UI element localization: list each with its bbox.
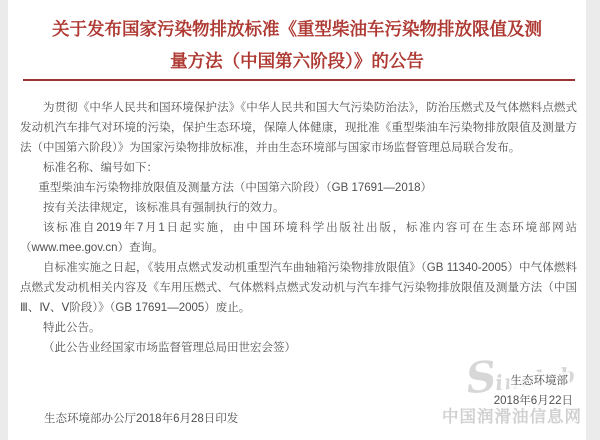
title-divider <box>23 79 575 81</box>
paragraph: 为贯彻《中华人民共和国环境保护法》《中华人民共和国大气污染防治法》，防治压燃式及… <box>20 98 577 158</box>
paragraph: 重型柴油车污染物排放限值及测量方法（中国第六阶段）（GB 17691—2018） <box>20 178 577 198</box>
paragraph: 特此公告。 <box>20 318 577 338</box>
issue-note: 生态环境部办公厅2018年6月28日印发 <box>44 410 238 426</box>
signature-date: 2018年6月22日 <box>492 392 575 408</box>
paragraph: 按有关法律规定，该标准具有强制执行的效力。 <box>20 198 577 218</box>
document-page: 关于发布国家污染物排放标准《重型柴油车污染物排放限值及测量方法（中国第六阶段）》… <box>8 0 586 440</box>
signature-agency: 生态环境部 <box>509 372 571 388</box>
paragraph: 标准名称、编号如下： <box>20 158 577 178</box>
paragraph: 自标准实施之日起，《装用点燃式发动机重型汽车曲轴箱污染物排放限值》（GB 113… <box>20 258 577 318</box>
announcement-title: 关于发布国家污染物排放标准《重型柴油车污染物排放限值及测量方法（中国第六阶段）》… <box>48 0 546 77</box>
document-body: 为贯彻《中华人民共和国环境保护法》《中华人民共和国大气污染防治法》，防治压燃式及… <box>20 98 577 358</box>
paragraph: （此公告业经国家市场监督管理总局田世宏会签） <box>20 338 577 358</box>
paragraph: 该标准自2019年7月1日起实施，由中国环境科学出版社出版，标准内容可在生态环境… <box>20 218 577 258</box>
